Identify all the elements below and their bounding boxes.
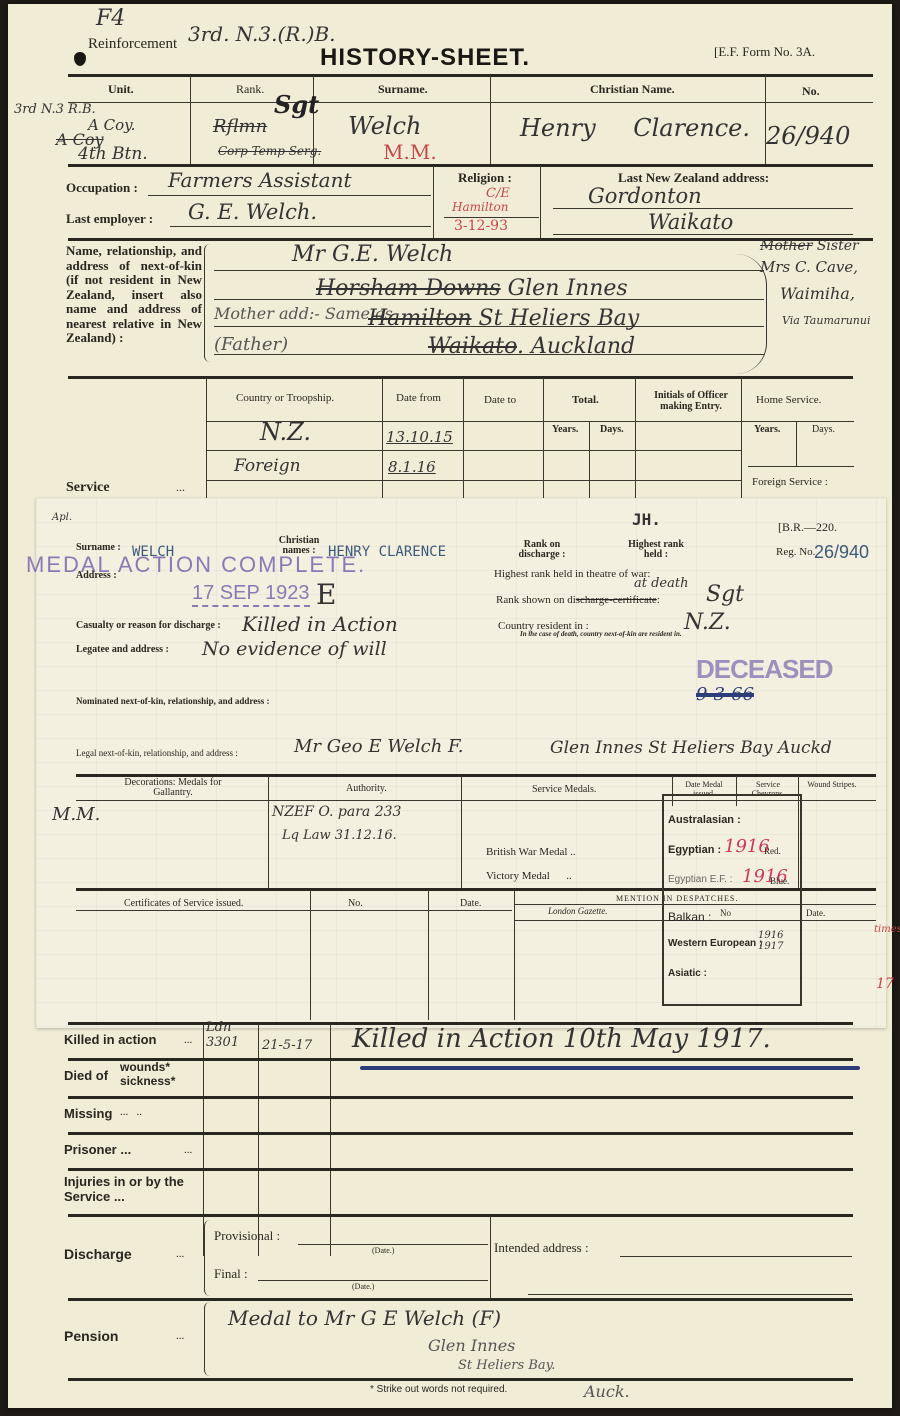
surname-value: Welch xyxy=(348,112,422,140)
chevron-balkan: Balkan : xyxy=(668,910,711,924)
chevron-stamp: Australasian : Egyptian : 1916 Red. Egyp… xyxy=(662,794,802,1006)
col-authority: Authority. xyxy=(346,783,387,794)
card-form-ref: [B.R.—220. xyxy=(778,520,837,535)
nok-line-2: Horsham Downs Glen Innes xyxy=(316,276,628,301)
religion-label: Religion : xyxy=(458,170,512,186)
last-employer-value: G. E. Welch. xyxy=(188,200,317,224)
col-date-from: Date from xyxy=(396,392,441,404)
british-war-medal: British War Medal .. xyxy=(486,846,576,858)
christian-name-value: Henry Clarence. xyxy=(520,114,750,142)
total-days: Days. xyxy=(600,424,624,435)
reinforcement-value: 3rd. N.3.(R.)B. xyxy=(188,22,336,46)
service-dots: ... xyxy=(176,480,185,495)
card-casualty-label: Casualty or reason for discharge : xyxy=(76,620,221,631)
side-note-3: Waimiha, xyxy=(780,284,855,303)
card-legatee-value: No evidence of will xyxy=(202,638,387,660)
col-christian-name: Christian Name. xyxy=(590,82,675,97)
nok-line-4-pre: (Father) xyxy=(214,334,288,355)
card-country-sub: In the case of death, country next-of-ki… xyxy=(520,630,682,638)
killed-entry: Killed in Action 10th May 1917. xyxy=(352,1024,771,1054)
address-line-1: Gordonton xyxy=(588,184,702,208)
injuries-label: Injuries in or by the Service ... xyxy=(64,1174,204,1204)
reinforcement-label: Reinforcement xyxy=(88,36,177,53)
killed-in-action-label: Killed in action xyxy=(64,1032,156,1047)
side-note-1: Mother Sister xyxy=(760,238,859,254)
service-label: Service xyxy=(66,480,110,496)
card-corner-note: Apl. xyxy=(52,512,72,523)
col-certificates: Certificates of Service issued. xyxy=(124,898,243,909)
medal-record-card: Apl. JH. [B.R.—220. Surname : WELCH Chri… xyxy=(36,498,886,1028)
initial-e: E xyxy=(316,578,336,611)
col-decorations: Decorations: Medals for Gallantry. xyxy=(108,778,238,798)
side-note-2: Mrs C. Cave, xyxy=(760,258,858,276)
total-years: Years. xyxy=(552,424,578,435)
card-highest-theatre-label: Highest rank held in theatre of war: xyxy=(494,568,650,580)
card-nominated-label: Nominated next-of-kin, relationship, and… xyxy=(76,696,269,706)
chevron-egyptian: Egyptian : xyxy=(668,844,721,856)
pension-line-2: Glen Innes xyxy=(428,1336,515,1355)
card-legal-value: Mr Geo E Welch F. xyxy=(294,736,463,757)
col-cert-no: No. xyxy=(348,898,363,909)
missing-label: Missing xyxy=(64,1106,112,1121)
chevron-western-years: 1916 1917 xyxy=(758,930,788,952)
col-surname: Surname. xyxy=(378,82,428,97)
unit-line-1: 3rd N.3 R.B. xyxy=(14,102,96,117)
religion-value: C/E xyxy=(486,186,510,201)
last-employer-label: Last employer : xyxy=(66,211,153,227)
religion-date: 3-12-93 xyxy=(454,218,508,234)
corner-note: F4 xyxy=(96,6,125,31)
victory-medal: Victory Medal .. xyxy=(486,870,572,882)
card-reg-no-value: 26/940 xyxy=(814,542,869,563)
nok-line-4: Waikato. Auckland xyxy=(428,334,635,359)
award-red: M.M. xyxy=(383,140,437,164)
card-at-death: at death xyxy=(634,576,688,591)
intended-address-label: Intended address : xyxy=(494,1240,589,1256)
card-jh: JH. xyxy=(632,510,661,529)
col-cert-date: Date. xyxy=(460,898,481,909)
card-rank-discharge-label: Rank on discharge : xyxy=(512,540,572,560)
prisoner-label: Prisoner ... xyxy=(64,1142,131,1157)
chevron-australasian: Australasian : xyxy=(668,814,741,826)
service-row-1-country: N.Z. xyxy=(260,418,311,446)
nok-line-3-pre: Mother add:- Same as xyxy=(214,304,393,323)
london-gazette: London Gazette. xyxy=(548,906,608,916)
final-date-caption: (Date.) xyxy=(352,1282,374,1291)
rank-value: Sgt xyxy=(274,90,319,119)
pension-line-1: Medal to Mr G E Welch (F) xyxy=(228,1306,501,1330)
decoration-value: M.M. xyxy=(52,804,100,825)
occupation-value: Farmers Assistant xyxy=(168,168,352,192)
religion-place: Hamilton xyxy=(452,200,508,214)
rank-struck-2: Corp Temp Serg. xyxy=(218,144,321,158)
footnote: * Strike out words not required. xyxy=(370,1384,507,1395)
col-number: No. xyxy=(802,84,820,99)
pension-brace xyxy=(204,1302,211,1376)
pension-dots: ... xyxy=(176,1330,184,1342)
deceased-struck-date: 9-3-66 xyxy=(696,684,754,705)
pension-line-4: Auck. xyxy=(584,1382,630,1401)
killed-date: 21-5-17 xyxy=(262,1038,312,1053)
service-row-2-date: 8.1.16 xyxy=(388,458,436,476)
killed-ref: Ldn 3301 xyxy=(206,1020,256,1050)
brace xyxy=(204,244,213,362)
card-address-label: Address : xyxy=(76,570,117,581)
col-initials: Initials of Officer making Entry. xyxy=(648,390,734,412)
unit-line-4: 4th Btn. xyxy=(78,144,148,164)
card-rank-value: Sgt xyxy=(706,582,744,607)
service-number-value: 26/940 xyxy=(766,122,850,150)
discharge-brace xyxy=(204,1220,211,1296)
chevron-asiatic: Asiatic : xyxy=(668,968,707,979)
col-unit: Unit. xyxy=(108,82,134,97)
nok-line-1: Mr G.E. Welch xyxy=(292,242,453,267)
killed-dots: ... xyxy=(184,1034,192,1046)
died-of-label: Died of xyxy=(64,1068,108,1083)
card-legatee-label: Legatee and address : xyxy=(76,644,169,655)
provisional-date-caption: (Date.) xyxy=(372,1246,394,1255)
card-casualty-value: Killed in Action xyxy=(242,612,398,636)
chevron-egyptian-ef: Egyptian E.F. : xyxy=(668,874,732,885)
date-stamp: 17 SEP 1923 xyxy=(192,582,310,607)
nok-line-3: Hamilton St Heliers Bay xyxy=(368,306,639,331)
discharge-dots: ... xyxy=(176,1248,184,1260)
service-row-1-date: 13.10.15 xyxy=(386,428,453,446)
address-line-2: Waikato xyxy=(648,210,733,234)
deceased-stamp: DECEASED xyxy=(696,654,832,685)
margin-note-1: times xyxy=(874,924,900,935)
col-date-to: Date to xyxy=(484,394,516,406)
card-legal-label: Legal next-of-kin, relationship, and add… xyxy=(76,748,238,758)
provisional-label: Provisional : xyxy=(214,1228,280,1244)
col-total: Total. xyxy=(572,394,599,406)
col-country: Country or Troopship. xyxy=(236,392,334,404)
next-of-kin-label: Name, relationship, and address of next-… xyxy=(66,244,202,346)
discharge-label: Discharge xyxy=(64,1246,132,1262)
service-row-2-country: Foreign xyxy=(234,456,301,476)
page-title: HISTORY-SHEET. xyxy=(320,44,530,72)
chevron-egyptian-ef-color: Blue. xyxy=(770,876,789,886)
side-note-4: Via Taumarunui xyxy=(782,314,870,327)
chevron-egyptian-year: 1916 xyxy=(724,836,770,857)
col-wound-stripes: Wound Stripes. xyxy=(804,780,860,789)
col-service-medals: Service Medals. xyxy=(532,784,596,795)
home-years: Years. xyxy=(754,424,780,435)
col-home-service: Home Service. xyxy=(756,394,821,406)
chevron-western-european: Western European : xyxy=(668,938,762,949)
pension-label: Pension xyxy=(64,1328,118,1344)
card-highest-rank-label: Highest rank held : xyxy=(626,540,686,560)
card-country-value: N.Z. xyxy=(684,610,731,635)
died-of-sub: wounds*sickness* xyxy=(120,1060,175,1088)
rank-struck-1: Rflmn xyxy=(213,116,267,137)
card-legal-address: Glen Innes St Heliers Bay Auckd xyxy=(550,738,832,758)
missing-dots: ... .. xyxy=(120,1106,142,1118)
card-rank-cert-label: Rank shown on discharge-certificate: xyxy=(496,594,660,606)
mention-date: Date. xyxy=(806,908,825,918)
foreign-service-label: Foreign Service : xyxy=(752,476,828,488)
prisoner-dots: ... xyxy=(184,1144,192,1156)
killed-underline xyxy=(360,1066,860,1070)
authority-line-2: Lq Law 31.12.16. xyxy=(282,828,397,843)
final-label: Final : xyxy=(214,1266,248,1282)
pension-line-3: St Heliers Bay. xyxy=(458,1358,555,1373)
history-sheet: F4 Reinforcement 3rd. N.3.(R.)B. HISTORY… xyxy=(8,4,892,1408)
authority-line-1: NZEF O. para 233 xyxy=(272,804,401,820)
occupation-label: Occupation : xyxy=(66,180,138,196)
margin-note-2: 17 xyxy=(876,976,894,992)
card-reg-no-label: Reg. No. xyxy=(776,546,815,558)
home-days: Days. xyxy=(812,424,835,435)
chevron-egyptian-color: Red. xyxy=(764,846,781,856)
punch-hole xyxy=(74,52,86,66)
form-number: [E.F. Form No. 3A. xyxy=(714,44,815,60)
col-rank: Rank. xyxy=(236,82,264,97)
